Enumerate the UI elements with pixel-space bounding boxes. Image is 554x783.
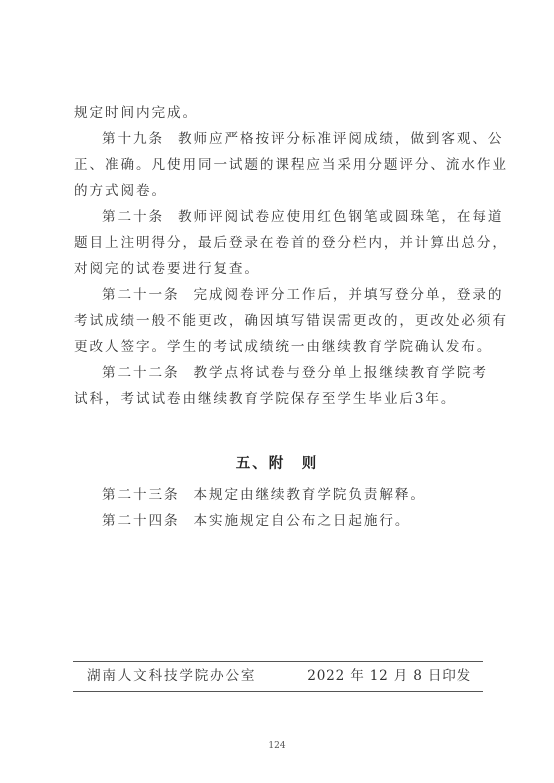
article-20-line: 第二十条教师评阅试卷应使用红色钢笔或圆珠笔，在每道 — [74, 204, 484, 230]
article-text: 教师应严格按评分标准评阅成绩，做到客观、公 — [178, 131, 503, 147]
footer-row: 湖南人文科技学院办公室 2022 年 12 月 8 日印发 — [73, 665, 483, 687]
body-text: 规定时间内完成。 第十九条教师应严格按评分标准评阅成绩，做到客观、公 正、准确。… — [74, 100, 484, 412]
text-line: 的方式阅卷。 — [74, 178, 484, 204]
appendix: 第二十三条本规定由继续教育学院负责解释。 第二十四条本实施规定自公布之日起施行。 — [102, 482, 502, 534]
article-text: 教师评阅试卷应使用红色钢笔或圆珠笔，在每道 — [178, 209, 503, 225]
issuer: 湖南人文科技学院办公室 — [87, 665, 256, 687]
article-text: 本实施规定自公布之日起施行。 — [193, 513, 410, 529]
document-page: 规定时间内完成。 第十九条教师应严格按评分标准评阅成绩，做到客观、公 正、准确。… — [0, 0, 554, 783]
text-line: 规定时间内完成。 — [74, 100, 484, 126]
article-label: 第二十二条 — [102, 365, 179, 381]
article-label: 第二十条 — [102, 209, 164, 225]
article-label: 第二十一条 — [102, 287, 179, 303]
article-text: 完成阅卷评分工作后，并填写登分单，登录的 — [193, 287, 503, 303]
article-label: 第十九条 — [102, 131, 164, 147]
issue-date: 2022 年 12 月 8 日印发 — [307, 665, 471, 687]
article-text: 本规定由继续教育学院负责解释。 — [193, 487, 425, 503]
text-line: 更改人签字。学生的考试成绩统一由继续教育学院确认发布。 — [74, 334, 484, 360]
footer-top-rule — [73, 661, 483, 662]
article-21-line: 第二十一条完成阅卷评分工作后，并填写登分单，登录的 — [74, 282, 484, 308]
article-22-line: 第二十二条教学点将试卷与登分单上报继续教育学院考 — [74, 360, 484, 386]
article-text: 教学点将试卷与登分单上报继续教育学院考 — [193, 365, 487, 381]
article-label: 第二十三条 — [102, 487, 179, 503]
text-line: 考试成绩一般不能更改，确因填写错误需更改的，更改处必须有 — [74, 308, 484, 334]
page-number: 124 — [0, 741, 554, 751]
section-title: 五、附 则 — [0, 452, 554, 473]
article-24-line: 第二十四条本实施规定自公布之日起施行。 — [102, 508, 502, 534]
article-19-line: 第十九条教师应严格按评分标准评阅成绩，做到客观、公 — [74, 126, 484, 152]
text-line: 对阅完的试卷要进行复查。 — [74, 256, 484, 282]
article-label: 第二十四条 — [102, 513, 179, 529]
text-line: 试科，考试试卷由继续教育学院保存至学生毕业后3年。 — [74, 386, 484, 412]
text-line: 题目上注明得分，最后登录在卷首的登分栏内，并计算出总分， — [74, 230, 484, 256]
text-line: 正、准确。凡使用同一试题的课程应当采用分题评分、流水作业 — [74, 152, 484, 178]
footer-bottom-rule — [73, 691, 483, 692]
article-23-line: 第二十三条本规定由继续教育学院负责解释。 — [102, 482, 502, 508]
